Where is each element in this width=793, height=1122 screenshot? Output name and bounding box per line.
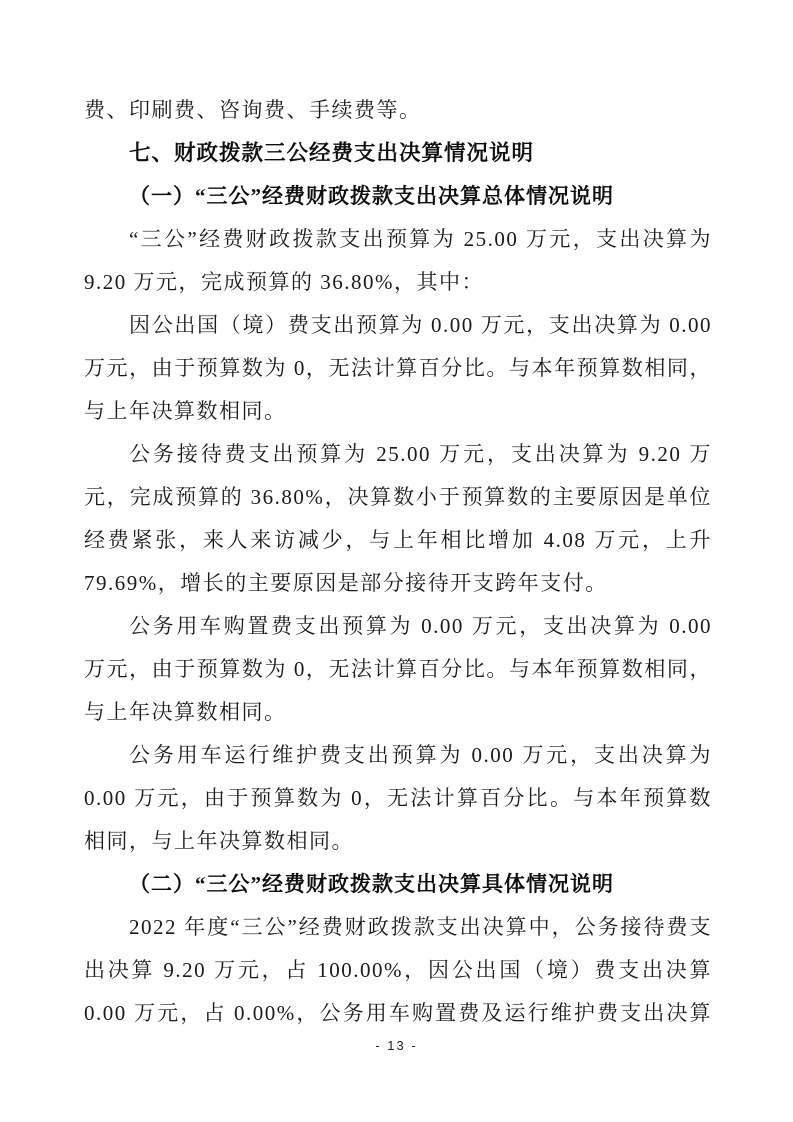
section-7-heading: 七、财政拨款三公经费支出决算情况说明: [84, 132, 712, 175]
subsection-1-heading: （一）“三公”经费财政拨款支出决算总体情况说明: [84, 175, 712, 218]
paragraph-official-reception: 公务接待费支出预算为 25.00 万元，支出决算为 9.20 万元，完成预算的 …: [84, 433, 712, 605]
page-number: - 13 -: [0, 1038, 793, 1053]
paragraph-vehicle-purchase: 公务用车购置费支出预算为 0.00 万元，支出决算为 0.00 万元，由于预算数…: [84, 605, 712, 734]
paragraph-specific-summary: 2022 年度“三公”经费财政拨款支出决算中，公务接待费支出决算 9.20 万元…: [84, 906, 712, 1035]
paragraph-overseas-travel: 因公出国（境）费支出预算为 0.00 万元，支出决算为 0.00 万元，由于预算…: [84, 304, 712, 433]
page-body: 费、印刷费、咨询费、手续费等。 七、财政拨款三公经费支出决算情况说明 （一）“三…: [84, 89, 712, 1035]
document-page: 费、印刷费、咨询费、手续费等。 七、财政拨款三公经费支出决算情况说明 （一）“三…: [0, 0, 793, 1122]
subsection-2-heading: （二）“三公”经费财政拨款支出决算具体情况说明: [84, 863, 712, 906]
paragraph-overall-summary: “三公”经费财政拨款支出预算为 25.00 万元，支出决算为 9.20 万元，完…: [84, 218, 712, 304]
paragraph-continuation: 费、印刷费、咨询费、手续费等。: [84, 89, 712, 132]
paragraph-vehicle-maintenance: 公务用车运行维护费支出预算为 0.00 万元，支出决算为 0.00 万元，由于预…: [84, 734, 712, 863]
